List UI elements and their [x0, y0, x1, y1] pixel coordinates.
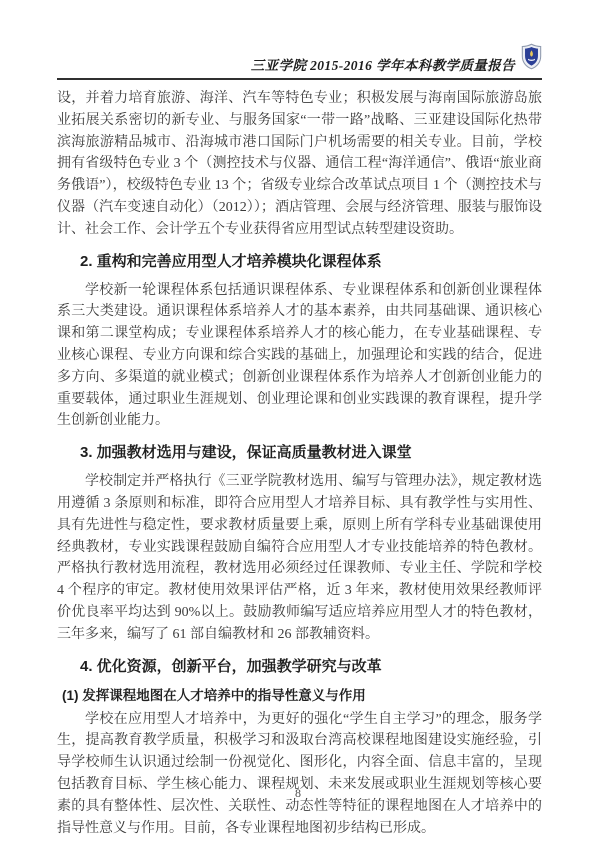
paragraph-curriculum-system: 学校新一轮课程体系包括通识课程体系、专业课程体系和创新创业课程体系三大类建设。通… [57, 280, 542, 433]
header-row: 三亚学院 2015-2016 学年本科教学质量报告 [57, 44, 542, 78]
document-body: 设，并着力培育旅游、海洋、汽车等特色专业；积极发展与海南国际旅游岛旅业拓展关系密… [57, 88, 542, 839]
university-crest-icon [521, 43, 542, 70]
running-header-title: 三亚学院 2015-2016 学年本科教学质量报告 [251, 58, 515, 74]
page-number: 8 [295, 786, 301, 800]
section-heading-teaching-materials: 3. 加强教材选用与建设，保证高质量教材进入课堂 [57, 441, 542, 465]
page-footer: 8 [0, 784, 596, 802]
paragraph-curriculum-map: 学校在应用型人才培养中，为更好的强化“学生自主学习”的理念，服务学生，提高教育教… [57, 709, 542, 840]
document-page: 三亚学院 2015-2016 学年本科教学质量报告 设，并着力培育旅游、海洋、汽… [0, 0, 596, 842]
page-header: 三亚学院 2015-2016 学年本科教学质量报告 [57, 44, 542, 80]
section-heading-curriculum-system: 2. 重构和完善应用型人才培养模块化课程体系 [57, 250, 542, 274]
paragraph-teaching-materials: 学校制定并严格执行《三亚学院教材选用、编写与管理办法》，规定教材选用遵循 3 条… [57, 471, 542, 645]
section-heading-resources-platform: 4. 优化资源，创新平台，加强教学研究与改革 [57, 655, 542, 679]
paragraph-specialty-building: 设，并着力培育旅游、海洋、汽车等特色专业；积极发展与海南国际旅游岛旅业拓展关系密… [57, 88, 542, 241]
sub-heading-curriculum-map: (1) 发挥课程地图在人才培养中的指导性意义与作用 [57, 685, 542, 706]
header-divider [57, 78, 542, 80]
